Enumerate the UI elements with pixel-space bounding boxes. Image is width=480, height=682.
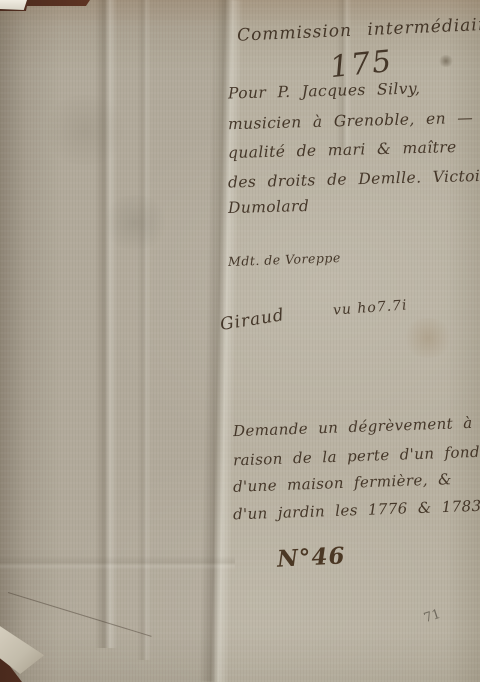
manuscript-title-line: Commission intermédiaire [237, 16, 480, 44]
manuscript-body-line: qualité de mari & maître [228, 140, 457, 161]
document-number: N°46 [276, 544, 346, 571]
manuscript-body-line: des droits de Demlle. Victoire [228, 168, 480, 191]
request-line: Demande un dégrèvement à [233, 416, 473, 439]
vertical-crease [95, 0, 117, 648]
left-shading [0, 0, 215, 682]
request-line: d'une maison fermière, & [233, 472, 452, 495]
manuscript-body-line: musicien à Grenoble, en — [228, 111, 474, 133]
photo-frame: Commission intermédiaire 175 Pour P. Jac… [0, 0, 480, 682]
torn-paper-fragment [0, 0, 27, 10]
folio-number: 175 [329, 47, 395, 83]
signature: Giraud [219, 307, 286, 334]
manuscript-body-line: Dumolard [228, 199, 310, 217]
paper-stain [40, 95, 130, 165]
paper-sheet: Commission intermédiaire 175 Pour P. Jac… [0, 0, 480, 682]
request-line: d'un jardin les 1776 & 1783. [233, 499, 480, 523]
vu-annotation: vu ho7.7i [333, 298, 408, 317]
paper-stain [402, 318, 454, 358]
place-annotation: Mdt. de Voreppe [228, 252, 341, 268]
ink-speck [438, 55, 454, 67]
diagonal-crease-line [8, 592, 152, 637]
horizontal-crease [0, 556, 235, 570]
vertical-crease [137, 0, 151, 660]
request-line: raison de la perte d'un fond, [233, 445, 480, 469]
pencil-corner-mark: 71 [422, 608, 442, 625]
manuscript-body-line: Pour P. Jacques Silvy, [228, 81, 421, 102]
paper-stain [100, 195, 170, 250]
laid-paper-texture [0, 0, 480, 682]
